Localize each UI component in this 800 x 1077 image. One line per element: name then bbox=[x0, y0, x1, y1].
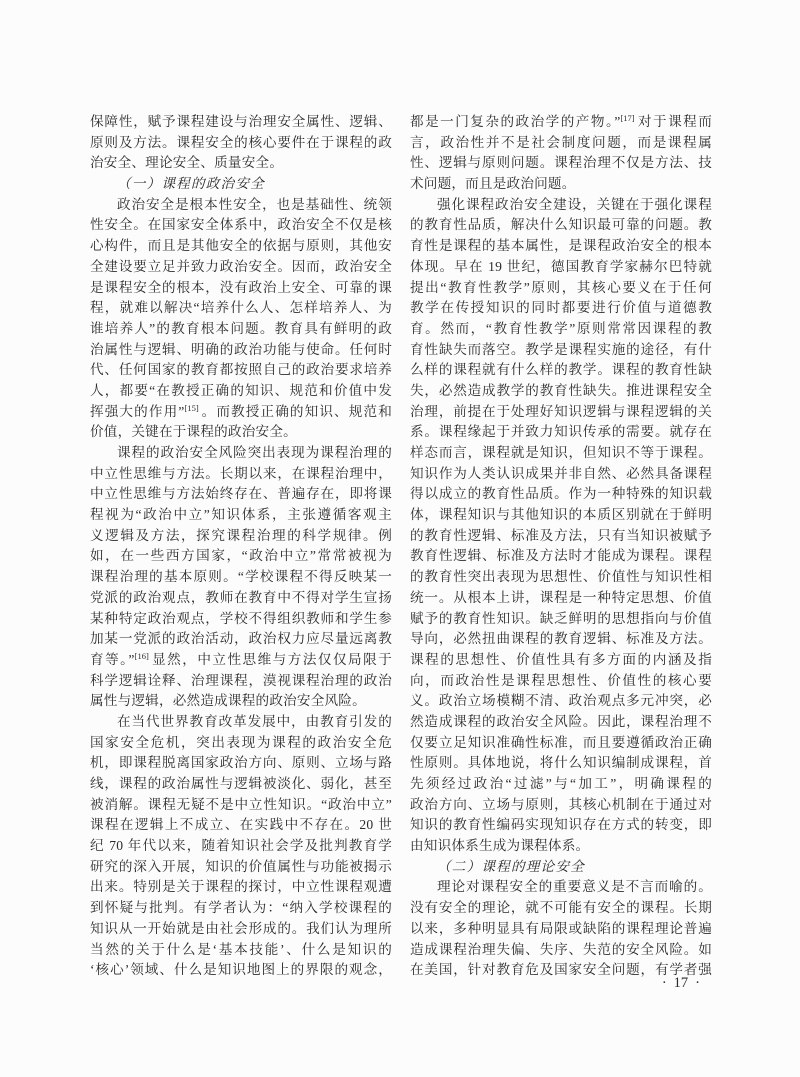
footnote-ref: [17] bbox=[620, 113, 636, 123]
text-line: 导向，必然扭曲课程的教育逻辑、标准及方法。 bbox=[410, 629, 712, 650]
text-line: 被消解。课程无疑不是中立性知识。“政治中立” bbox=[90, 795, 392, 816]
text-line: 提出“教育性教学”原则，其核心要义在于任何 bbox=[410, 278, 712, 299]
section-heading: （二）课程的理论安全 bbox=[410, 857, 712, 878]
text-line: 治安全、理论安全、质量安全。 bbox=[90, 153, 392, 174]
text-line: 某种特定政治观点，学校不得组织教师和学生参 bbox=[90, 609, 392, 630]
footnote-ref: [15] bbox=[185, 403, 201, 413]
text-line: 程视为“政治中立”知识体系，主张遵循客观主 bbox=[90, 505, 392, 526]
text-line: 课程治理的基本原则。“学校课程不得反映某一 bbox=[90, 567, 392, 588]
text-line: 课程的思想性、价值性具有多方面的内涵及指 bbox=[410, 650, 712, 671]
text-line: 教育性逻辑、标准及方法时才能成为课程。课程 bbox=[410, 546, 712, 567]
text-line: 义逻辑及方法，探究课程治理的科学规律。例 bbox=[90, 526, 392, 547]
text-line: 的教育性突出表现为思想性、价值性与知识性相 bbox=[410, 567, 712, 588]
footnote-ref: [16] bbox=[135, 651, 151, 661]
text-line: 纪 70 年代以来，随着知识社会学及批判教育学 bbox=[90, 836, 392, 857]
text-line: 教学在传授知识的同时都要进行价值与道德教 bbox=[410, 298, 712, 319]
page-number: ·17· bbox=[410, 973, 712, 994]
text-line: 代、任何国家的教育都按照自己的政治要求培养 bbox=[90, 360, 392, 381]
text-line: 属性与逻辑，必然造成课程的政治安全风险。 bbox=[90, 691, 392, 712]
text-line: 得以成立的教育性品质。作为一种特殊的知识载 bbox=[410, 484, 712, 505]
text-line: 育。然而，“教育性教学”原则常常因课程的教 bbox=[410, 319, 712, 340]
text-line: 的教育性逻辑、标准及方法，只有当知识被赋予 bbox=[410, 526, 712, 547]
text-line: 国家安全危机，突出表现为课程的政治安全危 bbox=[90, 733, 392, 754]
text-line: 线，课程的政治属性与逻辑被淡化、弱化，甚至 bbox=[90, 774, 392, 795]
text-line: 没有安全的理论，就不可能有安全的课程。长期 bbox=[410, 898, 712, 919]
text-line: 加某一党派的政治活动，政治权力应尽量远离教 bbox=[90, 629, 392, 650]
text-line: 赋予的教育性知识。缺乏鲜明的思想指向与价值 bbox=[410, 609, 712, 630]
text-line: 课程的政治安全风险突出表现为课程治理的 bbox=[90, 443, 392, 464]
text-line: 治理，前提在于处理好知识逻辑与课程逻辑的关 bbox=[410, 402, 712, 423]
document-page: 保障性，赋予课程建设与治理安全属性、逻辑、原则及方法。课程安全的核心要件在于课程… bbox=[0, 0, 800, 1077]
text-line: 育等。”[16]显然，中立性思维与方法仅仅局限于 bbox=[90, 650, 392, 671]
text-line: 出来。特别是关于课程的探讨，中立性课程观遭 bbox=[90, 877, 392, 898]
text-line: 失，必然造成教学的教育性缺失。推进课程安全 bbox=[410, 381, 712, 402]
text-line: 到怀疑与批判。有学者认为：“纳入学校课程的 bbox=[90, 898, 392, 919]
text-line: 如，在一些西方国家，“政治中立”常常被视为 bbox=[90, 546, 392, 567]
text-line: 政治方向、立场与原则，其核心机制在于通过对 bbox=[410, 795, 712, 816]
text-line: 由知识体系生成为课程体系。 bbox=[410, 836, 712, 857]
text-line: 性原则。具体地说，将什么知识编制成课程，首 bbox=[410, 753, 712, 774]
text-line: 当然的关于什么是‘基本技能’、什么是知识的 bbox=[90, 940, 392, 961]
text-line: 价值，关键在于课程的政治安全。 bbox=[90, 422, 392, 443]
text-line: 机，即课程脱离国家政治方向、原则、立场与路 bbox=[90, 753, 392, 774]
text-line: 体现。早在 19 世纪，德国教育学家赫尔巴特就 bbox=[410, 257, 712, 278]
text-column-right: 都是一门复杂的政治学的产物。”[17]对于课程而言，政治性并不是社会制度问题，而… bbox=[410, 112, 712, 981]
text-line: 造成课程治理失偏、失序、失范的安全风险。如 bbox=[410, 940, 712, 961]
text-line: 全建设要立足并致力政治安全。因而，政治安全 bbox=[90, 257, 392, 278]
text-line: 育性缺失而落空。教学是课程实施的途径，有什 bbox=[410, 340, 712, 361]
text-line: 育性是课程的基本属性，是课程政治安全的根本 bbox=[410, 236, 712, 257]
text-line: 在当代世界教育改革发展中，由教育引发的 bbox=[90, 712, 392, 733]
text-line: 知识作为人类认识成果并非自然、必然具备课程 bbox=[410, 464, 712, 485]
text-line: 知识从一开始就是由社会形成的。我们认为理所 bbox=[90, 919, 392, 940]
text-line: 保障性，赋予课程建设与治理安全属性、逻辑、 bbox=[90, 112, 392, 133]
text-line: 的教育性品质，解决什么知识最可靠的问题。教 bbox=[410, 215, 712, 236]
text-line: 然造成课程的政治安全风险。因此，课程治理不 bbox=[410, 712, 712, 733]
text-column-left: 保障性，赋予课程建设与治理安全属性、逻辑、原则及方法。课程安全的核心要件在于课程… bbox=[90, 112, 392, 981]
text-line: 强化课程政治安全建设，关键在于强化课程 bbox=[410, 195, 712, 216]
text-line: 治属性与逻辑、明确的政治功能与使命。任何时 bbox=[90, 340, 392, 361]
text-line: 政治安全是根本性安全，也是基础性、统领 bbox=[90, 195, 392, 216]
text-line: 统一。从根本上讲，课程是一种特定思想、价值 bbox=[410, 588, 712, 609]
text-line: 都是一门复杂的政治学的产物。”[17]对于课程而 bbox=[410, 112, 712, 133]
text-line: 理论对课程安全的重要意义是不言而喻的。 bbox=[410, 877, 712, 898]
text-line: 科学逻辑诠释、治理课程，漠视课程治理的政治 bbox=[90, 671, 392, 692]
text-line: 挥强大的作用”[15]。而教授正确的知识、规范和 bbox=[90, 402, 392, 423]
page-number-right-dot: · bbox=[695, 975, 700, 991]
text-line: 党派的政治观点，教师在教育中不得对学生宣扬 bbox=[90, 588, 392, 609]
text-line: 知识的教育性编码实现知识存在方式的转变，即 bbox=[410, 815, 712, 836]
text-line: 性、逻辑与原则问题。课程治理不仅是方法、技 bbox=[410, 153, 712, 174]
text-line: 程，就难以解决“培养什么人、怎样培养人、为 bbox=[90, 298, 392, 319]
text-line: 中立性思维与方法始终存在、普遍存在，即将课 bbox=[90, 484, 392, 505]
text-line: 心构件，而且是其他安全的依据与原则，其他安 bbox=[90, 236, 392, 257]
text-line: 是课程安全的根本，没有政治上安全、可靠的课 bbox=[90, 278, 392, 299]
text-line: 言，政治性并不是社会制度问题，而是课程属 bbox=[410, 133, 712, 154]
text-line: 人，都要“在教授正确的知识、规范和价值中发 bbox=[90, 381, 392, 402]
section-heading: （一）课程的政治安全 bbox=[90, 174, 392, 195]
text-line: 术问题，而且是政治问题。 bbox=[410, 174, 712, 195]
page-number-value: 17 bbox=[674, 975, 689, 991]
text-line: 课程在逻辑上不成立、在实践中不存在。20 世 bbox=[90, 815, 392, 836]
text-line: 先须经过政治“过滤”与“加工”，明确课程的 bbox=[410, 774, 712, 795]
text-line: 么样的课程就有什么样的教学。课程的教育性缺 bbox=[410, 360, 712, 381]
page-number-left-dot: · bbox=[662, 975, 667, 991]
text-line: 谁培养人”的教育根本问题。教育具有鲜明的政 bbox=[90, 319, 392, 340]
text-line: 系。课程缘起于并致力知识传承的需要。就存在 bbox=[410, 422, 712, 443]
text-line: 义。政治立场模糊不清、政治观点多元冲突，必 bbox=[410, 691, 712, 712]
text-line: 体，课程知识与其他知识的本质区别就在于鲜明 bbox=[410, 505, 712, 526]
text-line: ‘核心’领域、什么是知识地图上的界限的观念， bbox=[90, 960, 392, 981]
text-line: 性安全。在国家安全体系中，政治安全不仅是核 bbox=[90, 215, 392, 236]
text-line: 研究的深入开展，知识的价值属性与功能被揭示 bbox=[90, 857, 392, 878]
text-line: 仅要立足知识准确性标准，而且要遵循政治正确 bbox=[410, 733, 712, 754]
text-line: 向，而政治性是课程思想性、价值性的核心要 bbox=[410, 671, 712, 692]
text-line: 原则及方法。课程安全的核心要件在于课程的政 bbox=[90, 133, 392, 154]
text-line: 以来，多种明显具有局限或缺陷的课程理论普遍 bbox=[410, 919, 712, 940]
text-line: 样态而言，课程就是知识，但知识不等于课程。 bbox=[410, 443, 712, 464]
text-line: 中立性思维与方法。长期以来，在课程治理中， bbox=[90, 464, 392, 485]
